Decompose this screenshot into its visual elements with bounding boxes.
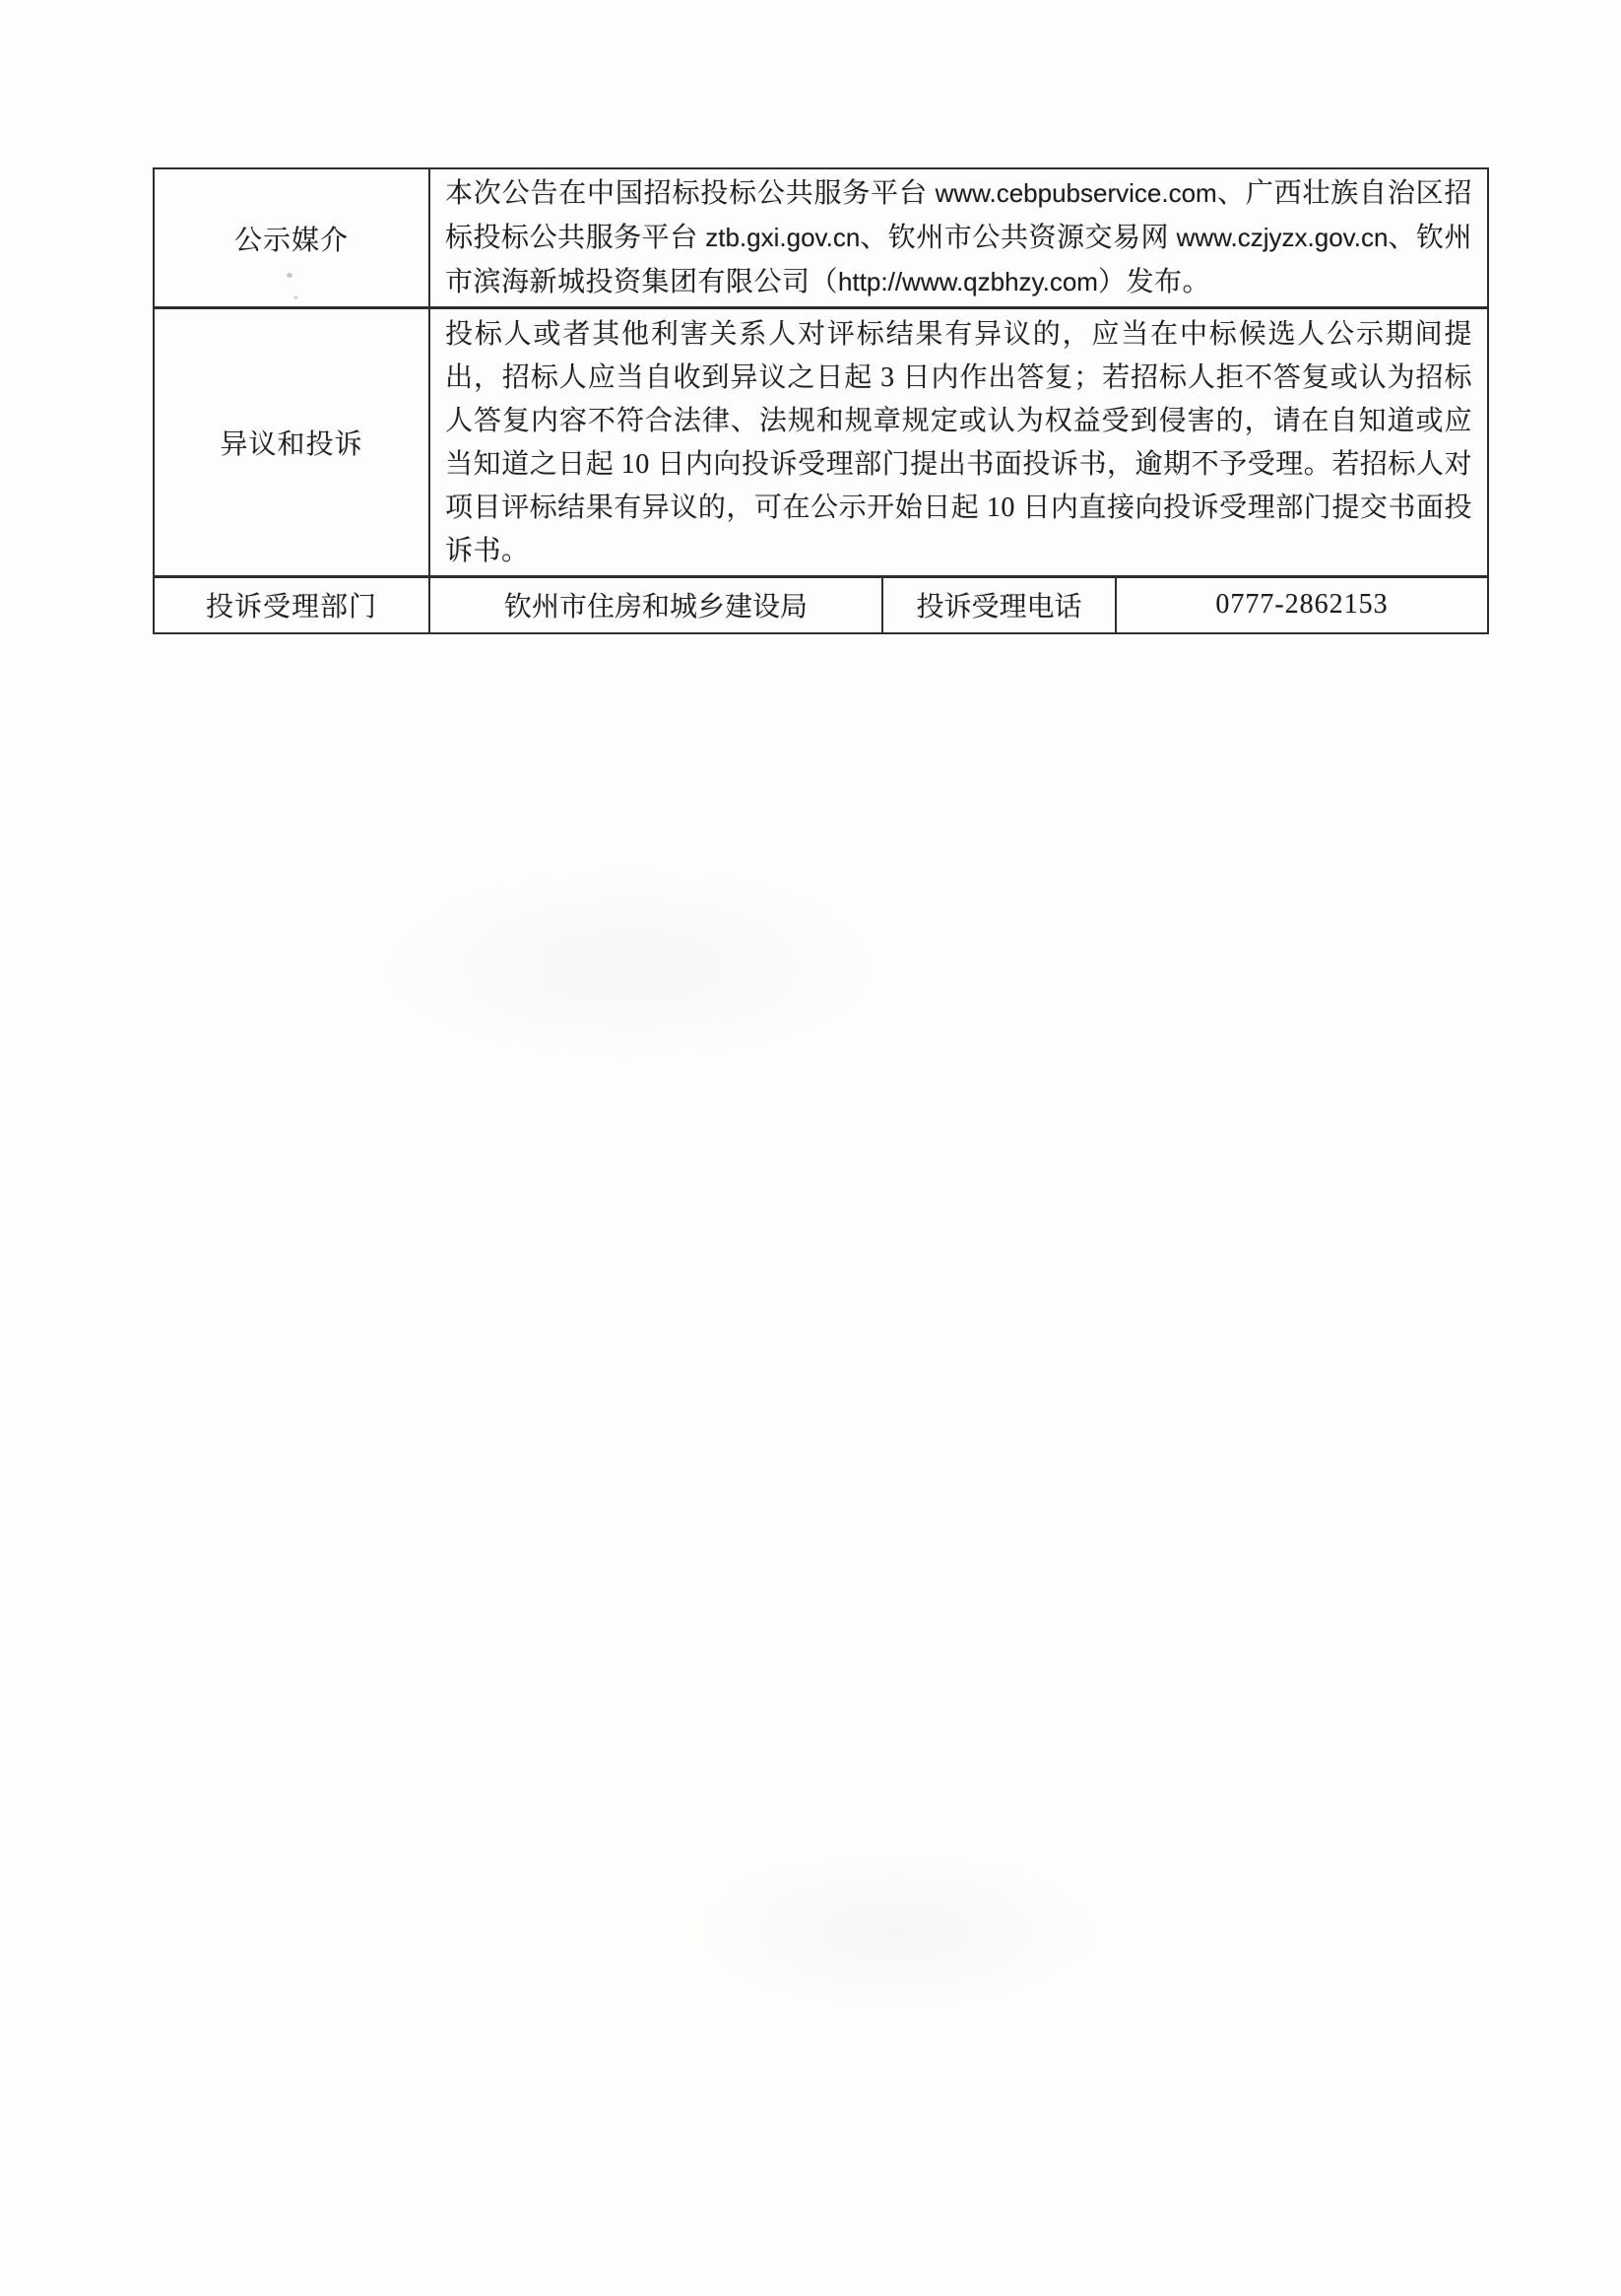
media-url-czjyzx: www.czjyzx.gov.cn [1177,223,1389,252]
scan-smudge [689,1852,1103,2009]
table-row-objection: 异议和投诉 投标人或者其他利害关系人对评标结果有异议的，应当在中标候选人公示期间… [154,308,1488,577]
scan-smudge [374,867,886,1064]
complaint-phone-value: 0777-2862153 [1116,577,1488,633]
objection-row-content: 投标人或者其他利害关系人对评标结果有异议的，应当在中标候选人公示期间提出，招标人… [429,308,1488,577]
scanned-document-page: 公示媒介 本次公告在中国招标投标公共服务平台 www.cebpubservice… [0,0,1621,2296]
media-text-cjk: 本次公告在中国招标投标公共服务平台 [445,178,936,209]
media-url-qzbhzy: http://www.qzbhzy.com [838,267,1098,296]
media-row-content: 本次公告在中国招标投标公共服务平台 www.cebpubservice.com、… [429,168,1488,308]
media-url-ztb-gxi: ztb.gxi.gov.cn [705,223,860,252]
complaint-phone-label: 投诉受理电话 [882,577,1116,633]
media-text-cjk: ）发布。 [1098,267,1210,297]
objection-row-label: 异议和投诉 [154,308,429,577]
media-row-label: 公示媒介 [154,168,429,308]
media-text-cjk: 、钦州市公共资源交易网 [860,223,1176,253]
table-row-complaint: 投诉受理部门 钦州市住房和城乡建设局 投诉受理电话 0777-2862153 [154,577,1488,633]
complaint-department-label: 投诉受理部门 [154,577,429,633]
announcement-table: 公示媒介 本次公告在中国招标投标公共服务平台 www.cebpubservice… [153,167,1489,634]
complaint-department-value: 钦州市住房和城乡建设局 [429,577,882,633]
media-url-cebpubservice: www.cebpubservice.com [936,178,1217,208]
table-row-media: 公示媒介 本次公告在中国招标投标公共服务平台 www.cebpubservice… [154,168,1488,308]
